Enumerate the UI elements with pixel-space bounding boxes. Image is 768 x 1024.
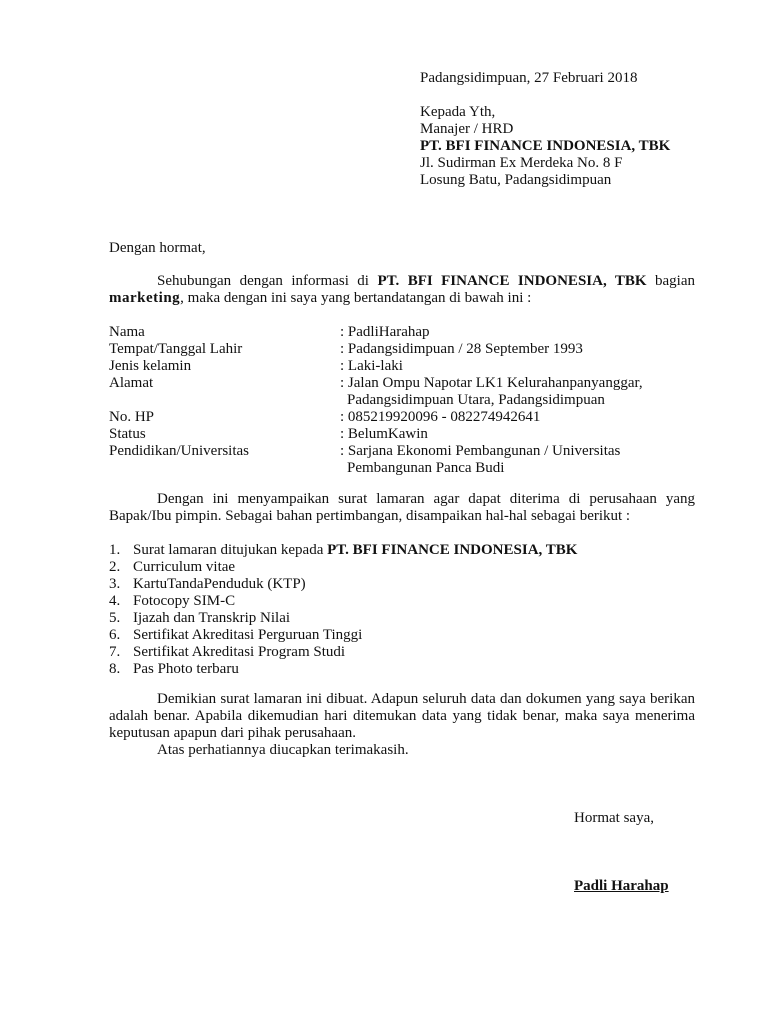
attachment-text-wrap: Surat lamaran ditujukan kepada PT. BFI F…	[133, 542, 577, 559]
identity-value-text: : Jalan Ompu Napotar LK1 Kelurahanpanyan…	[340, 375, 643, 391]
attachment-number: 8.	[109, 661, 133, 678]
identity-value-text: : PadliHarahap	[340, 324, 430, 340]
identity-value-continuation: Pembangunan Panca Budi	[340, 460, 700, 477]
identity-row: Pendidikan/Universitas: Sarjana Ekonomi …	[109, 443, 700, 477]
identity-value: : PadliHarahap	[340, 324, 700, 341]
recipient-greeting: Kepada Yth,	[420, 104, 670, 121]
attachment-text: Ijazah dan Transkrip Nilai	[133, 610, 290, 626]
request-paragraph: Dengan ini menyampaikan surat lamaran ag…	[109, 491, 695, 525]
identity-value: : BelumKawin	[340, 426, 700, 443]
identity-row: Alamat: Jalan Ompu Napotar LK1 Kelurahan…	[109, 375, 700, 409]
identity-label: Pendidikan/Universitas	[109, 443, 340, 477]
identity-value-text: : BelumKawin	[340, 426, 428, 442]
identity-value: : Laki-laki	[340, 358, 700, 375]
closing-paragraph: Demikian surat lamaran ini dibuat. Adapu…	[109, 691, 695, 742]
identity-label: Alamat	[109, 375, 340, 409]
attachment-text-wrap: Pas Photo terbaru	[133, 661, 239, 678]
attachment-text-wrap: KartuTandaPenduduk (KTP)	[133, 576, 306, 593]
identity-value-text: : Sarjana Ekonomi Pembangunan / Universi…	[340, 443, 620, 459]
attachment-number: 7.	[109, 644, 133, 661]
attachment-text-wrap: Ijazah dan Transkrip Nilai	[133, 610, 290, 627]
intro-company: PT. BFI FINANCE INDONESIA, TBK	[377, 273, 646, 289]
closing-text: Demikian surat lamaran ini dibuat. Adapu…	[109, 691, 695, 741]
attachment-text: Pas Photo terbaru	[133, 661, 239, 677]
attachment-text-wrap: Fotocopy SIM-C	[133, 593, 235, 610]
identity-row: Tempat/Tanggal Lahir: Padangsidimpuan / …	[109, 341, 700, 358]
attachment-text: Curriculum vitae	[133, 559, 235, 575]
attachment-item: 8.Pas Photo terbaru	[109, 661, 577, 678]
request-text: Dengan ini menyampaikan surat lamaran ag…	[109, 491, 695, 524]
identity-value-text: : Padangsidimpuan / 28 September 1993	[340, 341, 583, 357]
signature-name: Padli Harahap	[574, 878, 669, 895]
sign-off: Hormat saya,	[574, 810, 654, 827]
attachment-item: 1.Surat lamaran ditujukan kepada PT. BFI…	[109, 542, 577, 559]
attachment-number: 6.	[109, 627, 133, 644]
attachment-number: 1.	[109, 542, 133, 559]
identity-value-continuation: Padangsidimpuan Utara, Padangsidimpuan	[340, 392, 700, 409]
identity-row: Nama: PadliHarahap	[109, 324, 700, 341]
attachment-item: 3.KartuTandaPenduduk (KTP)	[109, 576, 577, 593]
attachment-item: 4.Fotocopy SIM-C	[109, 593, 577, 610]
attachment-text: Sertifikat Akreditasi Perguruan Tinggi	[133, 627, 362, 643]
identity-value-text: : 085219920096 - 082274942641	[340, 409, 540, 425]
identity-row: No. HP: 085219920096 - 082274942641	[109, 409, 700, 426]
identity-label: Status	[109, 426, 340, 443]
recipient-block: Padangsidimpuan, 27 Februari 2018 Kepada…	[420, 70, 670, 189]
attachment-item: 2.Curriculum vitae	[109, 559, 577, 576]
attachment-company: PT. BFI FINANCE INDONESIA, TBK	[327, 542, 577, 558]
identity-label: Jenis kelamin	[109, 358, 340, 375]
attachment-text-wrap: Sertifikat Akreditasi Perguruan Tinggi	[133, 627, 362, 644]
attachment-text-wrap: Sertifikat Akreditasi Program Studi	[133, 644, 345, 661]
recipient-address-line-1: Jl. Sudirman Ex Merdeka No. 8 F	[420, 155, 670, 172]
identity-label: Tempat/Tanggal Lahir	[109, 341, 340, 358]
identity-value: : Padangsidimpuan / 28 September 1993	[340, 341, 700, 358]
recipient-company: PT. BFI FINANCE INDONESIA, TBK	[420, 138, 670, 155]
attachment-text: Surat lamaran ditujukan kepada	[133, 542, 327, 558]
intro-paragraph: Sehubungan dengan informasi di PT. BFI F…	[109, 273, 695, 307]
attachment-text-wrap: Curriculum vitae	[133, 559, 235, 576]
place-date: Padangsidimpuan, 27 Februari 2018	[420, 70, 670, 87]
attachment-text: Sertifikat Akreditasi Program Studi	[133, 644, 345, 660]
identity-value: : Sarjana Ekonomi Pembangunan / Universi…	[340, 443, 700, 477]
salutation: Dengan hormat,	[109, 240, 206, 257]
attachment-item: 7.Sertifikat Akreditasi Program Studi	[109, 644, 577, 661]
intro-position: marketing	[109, 290, 180, 306]
recipient-title: Manajer / HRD	[420, 121, 670, 138]
attachment-number: 4.	[109, 593, 133, 610]
attachment-number: 2.	[109, 559, 133, 576]
attachment-text: KartuTandaPenduduk (KTP)	[133, 576, 306, 592]
intro-text-before: Sehubungan dengan informasi di	[157, 273, 377, 289]
identity-label: No. HP	[109, 409, 340, 426]
identity-row: Jenis kelamin: Laki-laki	[109, 358, 700, 375]
identity-value: : Jalan Ompu Napotar LK1 Kelurahanpanyan…	[340, 375, 700, 409]
attachment-number: 3.	[109, 576, 133, 593]
identity-table: Nama: PadliHarahapTempat/Tanggal Lahir: …	[109, 324, 700, 477]
intro-text-middle: bagian	[647, 273, 695, 289]
identity-label: Nama	[109, 324, 340, 341]
attachment-text: Fotocopy SIM-C	[133, 593, 235, 609]
identity-value: : 085219920096 - 082274942641	[340, 409, 700, 426]
identity-value-text: : Laki-laki	[340, 358, 403, 374]
attachment-item: 6.Sertifikat Akreditasi Perguruan Tinggi	[109, 627, 577, 644]
recipient-address-line-2: Losung Batu, Padangsidimpuan	[420, 172, 670, 189]
thanks-line: Atas perhatiannya diucapkan terimakasih.	[157, 742, 409, 759]
attachment-item: 5.Ijazah dan Transkrip Nilai	[109, 610, 577, 627]
intro-text-after: , maka dengan ini saya yang bertandatang…	[180, 290, 531, 306]
attachment-number: 5.	[109, 610, 133, 627]
identity-row: Status: BelumKawin	[109, 426, 700, 443]
attachments-list: 1.Surat lamaran ditujukan kepada PT. BFI…	[109, 542, 577, 678]
